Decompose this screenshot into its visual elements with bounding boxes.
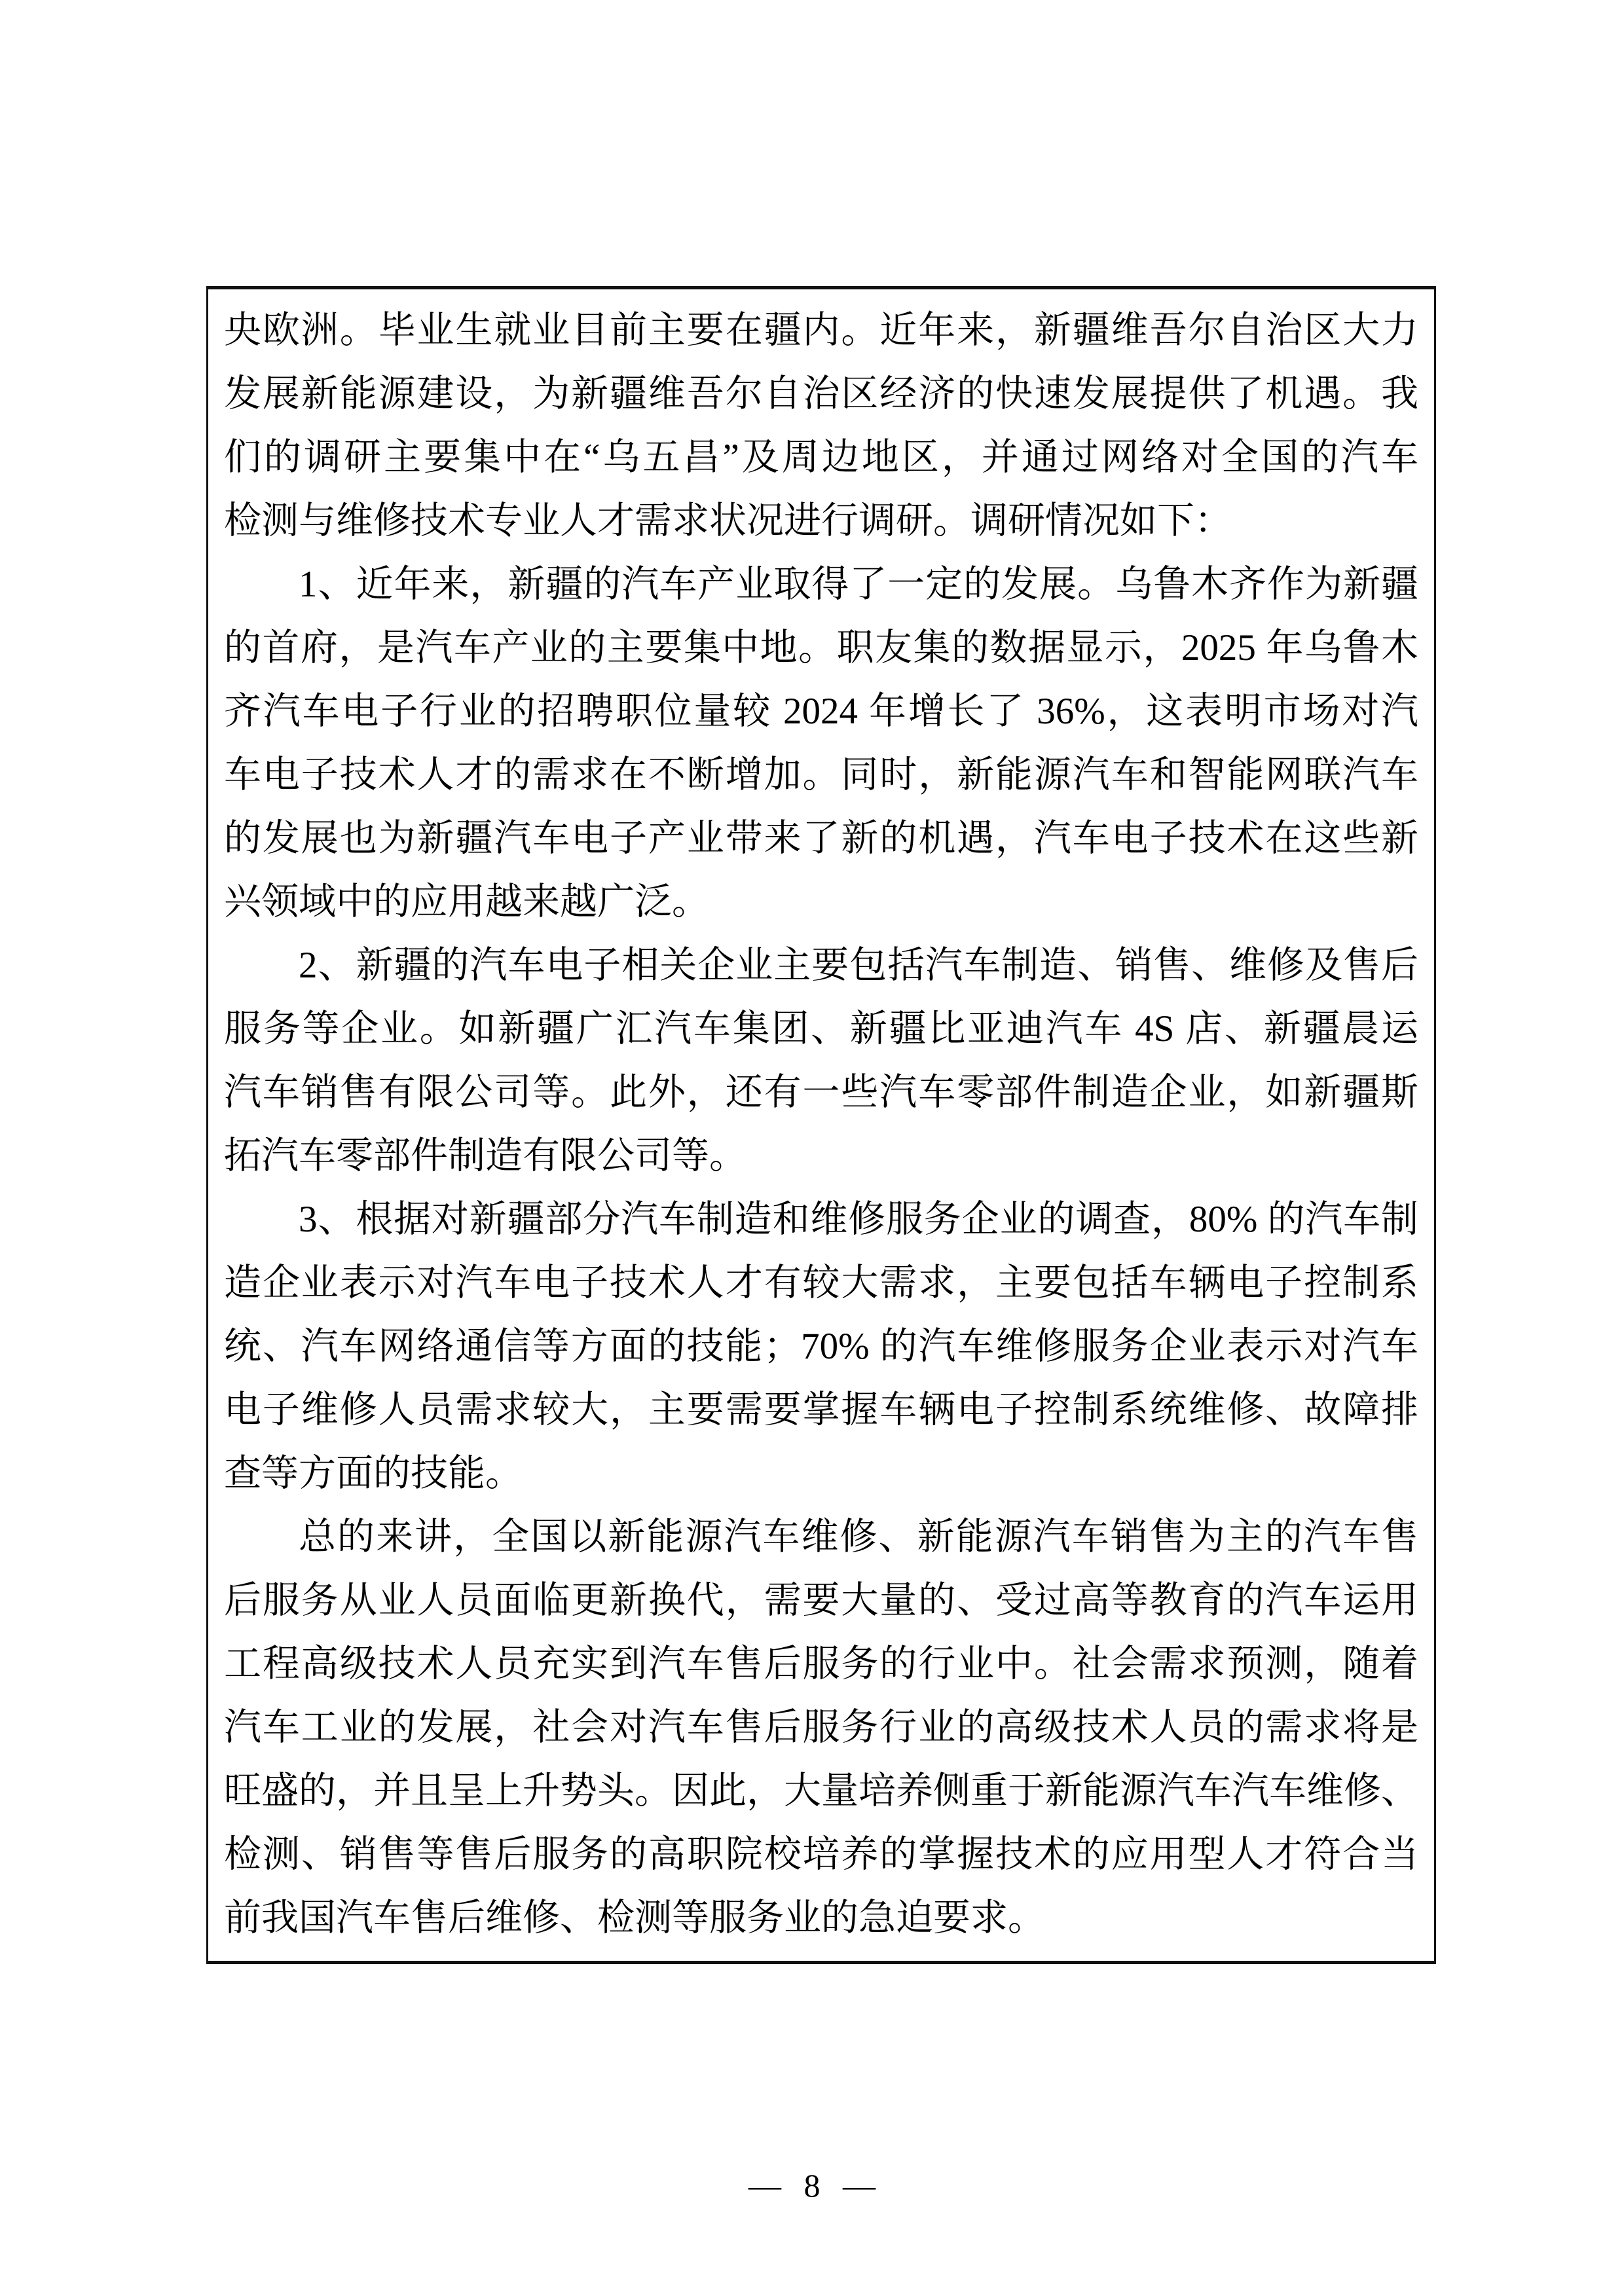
text-line: 汽车工业的发展，社会对汽车售后服务行业的高级技术人员的需求将是	[224, 1696, 1418, 1759]
text-line: 旺盛的，并且呈上升势头。因此，大量培养侧重于新能源汽车汽车维修、	[224, 1759, 1418, 1823]
text-line: 造企业表示对汽车电子技术人才有较大需求，主要包括车辆电子控制系	[224, 1251, 1418, 1315]
text-line: 央欧洲。毕业生就业目前主要在疆内。近年来，新疆维吾尔自治区大力	[224, 299, 1418, 362]
text-line: 服务等企业。如新疆广汇汽车集团、新疆比亚迪汽车 4S 店、新疆晨运	[224, 997, 1418, 1061]
text-line: 统、汽车网络通信等方面的技能；70% 的汽车维修服务企业表示对汽车	[224, 1315, 1418, 1378]
text-line: 的发展也为新疆汽车电子产业带来了新的机遇，汽车电子技术在这些新	[224, 807, 1418, 870]
text-line: 的首府，是汽车产业的主要集中地。职友集的数据显示，2025 年乌鲁木	[224, 616, 1418, 680]
text-line: 检测与维修技术专业人才需求状况进行调研。调研情况如下：	[224, 489, 1418, 553]
text-line: 兴领域中的应用越来越广泛。	[224, 870, 1418, 934]
text-line: 拓汽车零部件制造有限公司等。	[224, 1124, 1418, 1188]
text-line: 前我国汽车售后维修、检测等服务业的急迫要求。	[224, 1886, 1418, 1950]
text-line: 后服务从业人员面临更新换代，需要大量的、受过高等教育的汽车运用	[224, 1569, 1418, 1632]
text-line: 电子维修人员需求较大，主要需要掌握车辆电子控制系统维修、故障排	[224, 1378, 1418, 1442]
text-line: 3、根据对新疆部分汽车制造和维修服务企业的调查，80% 的汽车制	[224, 1188, 1418, 1251]
text-line: 工程高级技术人员充实到汽车售后服务的行业中。社会需求预测，随着	[224, 1632, 1418, 1696]
text-line: 总的来讲，全国以新能源汽车维修、新能源汽车销售为主的汽车售	[224, 1505, 1418, 1569]
text-line: 齐汽车电子行业的招聘职位量较 2024 年增长了 36%，这表明市场对汽	[224, 680, 1418, 743]
page-number: — 8 —	[0, 2166, 1624, 2205]
text-line: 汽车销售有限公司等。此外，还有一些汽车零部件制造企业，如新疆斯	[224, 1061, 1418, 1124]
text-line: 查等方面的技能。	[224, 1442, 1418, 1505]
document-page: 央欧洲。毕业生就业目前主要在疆内。近年来，新疆维吾尔自治区大力发展新能源建设，为…	[0, 0, 1624, 2296]
text-line: 1、近年来，新疆的汽车产业取得了一定的发展。乌鲁木齐作为新疆	[224, 553, 1418, 616]
text-line: 们的调研主要集中在“乌五昌”及周边地区，并通过网络对全国的汽车	[224, 426, 1418, 489]
text-line: 发展新能源建设，为新疆维吾尔自治区经济的快速发展提供了机遇。我	[224, 362, 1418, 426]
text-line: 2、新疆的汽车电子相关企业主要包括汽车制造、销售、维修及售后	[224, 934, 1418, 997]
text-line: 检测、销售等售后服务的高职院校培养的掌握技术的应用型人才符合当	[224, 1823, 1418, 1886]
text-line: 车电子技术人才的需求在不断增加。同时，新能源汽车和智能网联汽车	[224, 743, 1418, 807]
bordered-text-box: 央欧洲。毕业生就业目前主要在疆内。近年来，新疆维吾尔自治区大力发展新能源建设，为…	[206, 286, 1436, 1964]
